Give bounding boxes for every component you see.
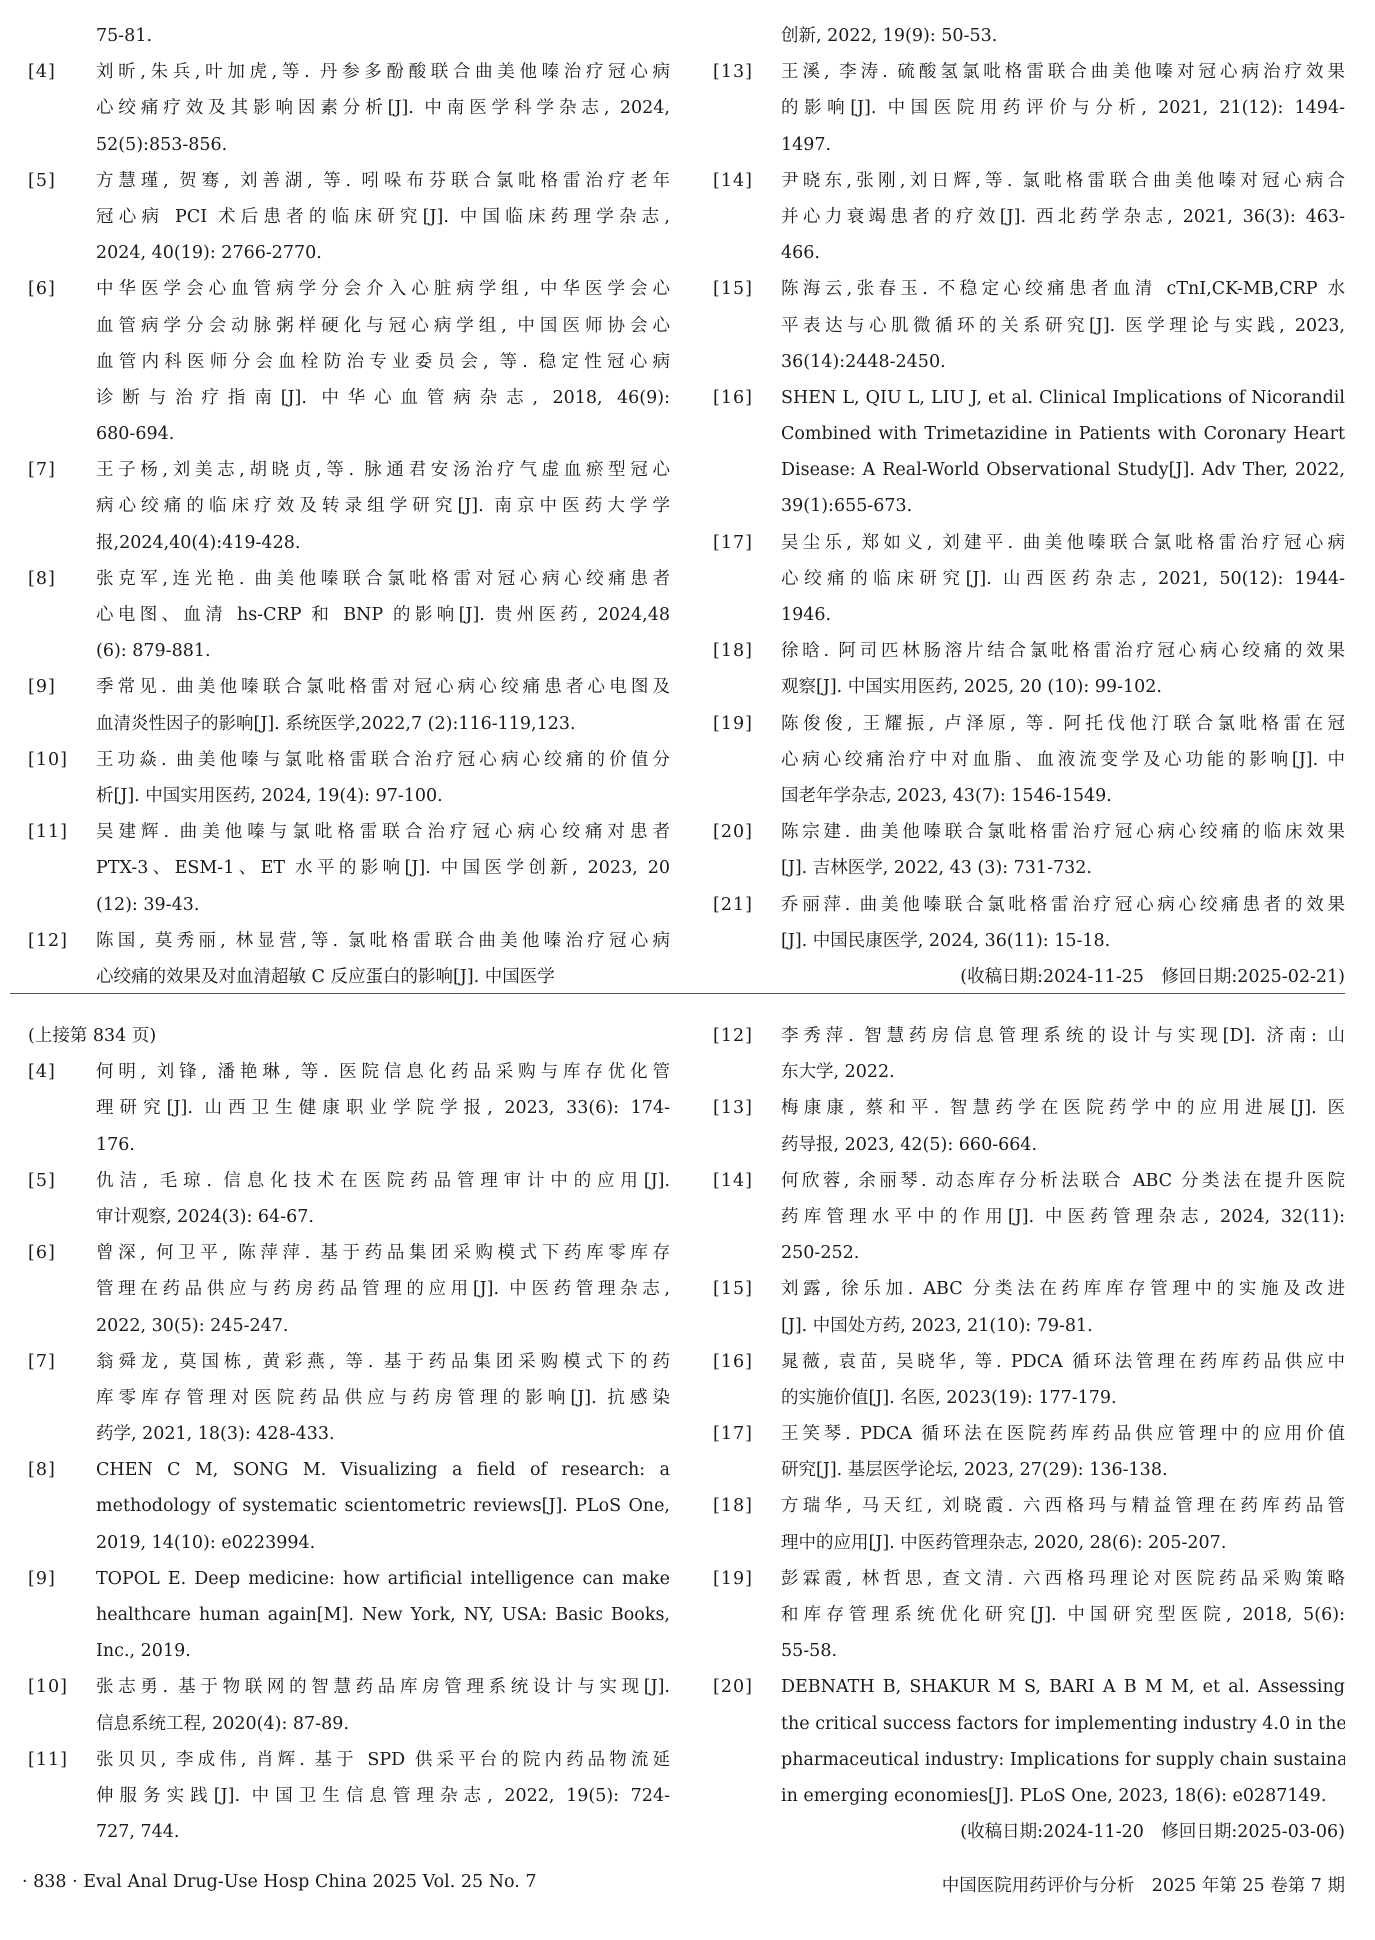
reference-line: 观察[J]. 中国实用医药, 2025, 20 (10): 99-102. (781, 669, 1345, 705)
reference-text: TOPOL E. Deep medicine: how artificial i… (96, 1561, 670, 1670)
reference-text: 王笑琴. PDCA 循环法在医院药库药品供应管理中的应用价值研究[J]. 基层医… (781, 1416, 1345, 1488)
reference-line: 尹晓东,张刚,刘日辉,等. 氯吡格雷联合曲美他嗪对冠心病合 (781, 163, 1345, 199)
reference-text: 何明, 刘锋, 潘艳琳, 等. 医院信息化药品采购与库存优化管理研究[J]. 山… (96, 1054, 670, 1163)
reference-item: [17]王笑琴. PDCA 循环法在医院药库药品供应管理中的应用价值研究[J].… (713, 1416, 1345, 1488)
reference-text: 李秀萍. 智慧药房信息管理系统的设计与实现[D]. 济南: 山东大学, 2022… (781, 1018, 1345, 1090)
reference-item: [7]翁舜龙, 莫国栋, 黄彩燕, 等. 基于药品集团采购模式下的药库零库存管理… (28, 1344, 670, 1453)
reference-number: [6] (28, 1235, 56, 1271)
reference-text: 张贝贝, 李成伟, 肖辉. 基于 SPD 供采平台的院内药品物流延伸服务实践[J… (96, 1742, 670, 1851)
reference-line: 2022, 30(5): 245-247. (96, 1308, 670, 1344)
reference-line: 680-694. (96, 416, 670, 452)
reference-text: 中华医学会心血管病学分会介入心脏病学组, 中华医学会心血管病学分会动脉粥样硬化与… (96, 271, 670, 452)
reference-line: 52(5):853-856. (96, 127, 670, 163)
reference-number: [12] (713, 1018, 753, 1054)
reference-number: [12] (28, 923, 68, 959)
reference-number: [7] (28, 452, 56, 488)
reference-list: [13]王溪, 李涛. 硫酸氢氯吡格雷联合曲美他嗪对冠心病治疗效果的影响[J].… (713, 54, 1345, 959)
reference-item: [7]王子杨,刘美志,胡晓贞,等. 脉通君安汤治疗气虚血瘀型冠心病心绞痛的临床疗… (28, 452, 670, 561)
reference-line: (12): 39-43. (96, 887, 670, 923)
reference-item: [16]晁薇, 袁苗, 吴晓华, 等. PDCA 循环法管理在药库药品供应中的实… (713, 1344, 1345, 1416)
reference-number: [18] (713, 633, 753, 669)
reference-item: [15]刘露, 徐乐加. ABC 分类法在药库库存管理中的实施及改进[J]. 中… (713, 1271, 1345, 1343)
reference-line: PTX-3、ESM-1、ET 水平的影响[J]. 中国医学创新, 2023, 2… (96, 850, 670, 886)
reference-item: [14]何欣蓉, 余丽琴. 动态库存分析法联合 ABC 分类法在提升医院药库管理… (713, 1163, 1345, 1272)
reference-line: 何欣蓉, 余丽琴. 动态库存分析法联合 ABC 分类法在提升医院 (781, 1163, 1345, 1199)
reference-line: TOPOL E. Deep medicine: how artificial i… (96, 1561, 670, 1597)
reference-text: CHEN C M, SONG M. Visualizing a field of… (96, 1452, 670, 1561)
reference-text: 陈俊俊, 王耀振, 卢泽原, 等. 阿托伐他汀联合氯吡格雷在冠心病心绞痛治疗中对… (781, 706, 1345, 815)
reference-number: [6] (28, 271, 56, 307)
reference-line: 析[J]. 中国实用医药, 2024, 19(4): 97-100. (96, 778, 670, 814)
continued-from-note: (上接第 834 页) (28, 1018, 670, 1054)
reference-number: [19] (713, 706, 753, 742)
reference-item: [11]吴建辉. 曲美他嗪与氯吡格雷联合治疗冠心病心绞痛对患者PTX-3、ESM… (28, 814, 670, 923)
reference-line: 仇洁, 毛琼. 信息化技术在医院药品管理审计中的应用[J]. (96, 1163, 670, 1199)
reference-item: [5]仇洁, 毛琼. 信息化技术在医院药品管理审计中的应用[J].审计观察, 2… (28, 1163, 670, 1235)
reference-number: [7] (28, 1344, 56, 1380)
reference-number: [13] (713, 1090, 753, 1126)
reference-line: 乔丽萍. 曲美他嗪联合氯吡格雷治疗冠心病心绞痛患者的效果 (781, 887, 1345, 923)
reference-item: [11]张贝贝, 李成伟, 肖辉. 基于 SPD 供采平台的院内药品物流延伸服务… (28, 1742, 670, 1851)
reference-line: 并心力衰竭患者的疗效[J]. 西北药学杂志, 2021, 36(3): 463- (781, 199, 1345, 235)
reference-number: [15] (713, 1271, 753, 1307)
reference-line: 东大学, 2022. (781, 1054, 1345, 1090)
reference-line: CHEN C M, SONG M. Visualizing a field of… (96, 1452, 670, 1488)
reference-line: 血管病学分会动脉粥样硬化与冠心病学组, 中国医师协会心 (96, 308, 670, 344)
reference-line: 血清炎性因子的影响[J]. 系统医学,2022,7 (2):116-119,12… (96, 706, 670, 742)
reference-line: 吴建辉. 曲美他嗪与氯吡格雷联合治疗冠心病心绞痛对患者 (96, 814, 670, 850)
reference-line: 管理在药品供应与药房药品管理的应用[J]. 中医药管理杂志, (96, 1271, 670, 1307)
reference-line: 36(14):2448-2450. (781, 344, 1345, 380)
reference-number: [14] (713, 163, 753, 199)
reference-number: [11] (28, 814, 68, 850)
reference-line: 心电图、血清 hs-CRP 和 BNP 的影响[J]. 贵州医药, 2024,4… (96, 597, 670, 633)
reference-text: 吴尘乐, 郑如义, 刘建平. 曲美他嗪联合氯吡格雷治疗冠心病心绞痛的临床研究[J… (781, 525, 1345, 634)
reference-line: 何明, 刘锋, 潘艳琳, 等. 医院信息化药品采购与库存优化管 (96, 1054, 670, 1090)
reference-text: DEBNATH B, SHAKUR M S, BARI A B M M, et … (781, 1669, 1345, 1814)
reference-list: [4]刘昕,朱兵,叶加虎,等. 丹参多酚酸联合曲美他嗪治疗冠心病心绞痛疗效及其影… (28, 54, 670, 995)
reference-item: [12]李秀萍. 智慧药房信息管理系统的设计与实现[D]. 济南: 山东大学, … (713, 1018, 1345, 1090)
reference-item: [20]DEBNATH B, SHAKUR M S, BARI A B M M,… (713, 1669, 1345, 1814)
reference-line: 2019, 14(10): e0223994. (96, 1525, 670, 1561)
reference-item: [10]王功焱. 曲美他嗪与氯吡格雷联合治疗冠心病心绞痛的价值分析[J]. 中国… (28, 742, 670, 814)
reference-line: 研究[J]. 基层医学论坛, 2023, 27(29): 136-138. (781, 1452, 1345, 1488)
reference-line: 陈宗建. 曲美他嗪联合氯吡格雷治疗冠心病心绞痛的临床效果 (781, 814, 1345, 850)
reference-line: 陈海云,张春玉. 不稳定心绞痛患者血清 cTnI,CK-MB,CRP 水 (781, 271, 1345, 307)
reference-text: 吴建辉. 曲美他嗪与氯吡格雷联合治疗冠心病心绞痛对患者PTX-3、ESM-1、E… (96, 814, 670, 923)
reference-item: [10]张志勇. 基于物联网的智慧药品库房管理系统设计与实现[J].信息系统工程… (28, 1669, 670, 1741)
reference-text: 王子杨,刘美志,胡晓贞,等. 脉通君安汤治疗气虚血瘀型冠心病心绞痛的临床疗效及转… (96, 452, 670, 561)
top-right-column: 创新, 2022, 19(9): 50-53. [13]王溪, 李涛. 硫酸氢氯… (713, 18, 1345, 995)
reference-number: [20] (713, 1669, 753, 1705)
reference-text: 张克军,连光艳. 曲美他嗪联合氯吡格雷对冠心病心绞痛患者心电图、血清 hs-CR… (96, 561, 670, 670)
reference-line: 徐晗. 阿司匹林肠溶片结合氯吡格雷治疗冠心病心绞痛的效果 (781, 633, 1345, 669)
reference-text: 梅康康, 蔡和平. 智慧药学在医院药学中的应用进展[J]. 医药导报, 2023… (781, 1090, 1345, 1162)
reference-number: [16] (713, 380, 753, 416)
reference-line: 季常见. 曲美他嗪联合氯吡格雷对冠心病心绞痛患者心电图及 (96, 669, 670, 705)
reference-text: 彭霖霞, 林哲思, 查文清. 六西格玛理论对医院药品采购策略和库存管理系统优化研… (781, 1561, 1345, 1670)
reference-text: 陈宗建. 曲美他嗪联合氯吡格雷治疗冠心病心绞痛的临床效果[J]. 吉林医学, 2… (781, 814, 1345, 886)
reference-line: 陈俊俊, 王耀振, 卢泽原, 等. 阿托伐他汀联合氯吡格雷在冠 (781, 706, 1345, 742)
reference-line: 梅康康, 蔡和平. 智慧药学在医院药学中的应用进展[J]. 医 (781, 1090, 1345, 1126)
reference-item: [15]陈海云,张春玉. 不稳定心绞痛患者血清 cTnI,CK-MB,CRP 水… (713, 271, 1345, 380)
reference-item: [13]王溪, 李涛. 硫酸氢氯吡格雷联合曲美他嗪对冠心病治疗效果的影响[J].… (713, 54, 1345, 163)
reference-item: [21]乔丽萍. 曲美他嗪联合氯吡格雷治疗冠心病心绞痛患者的效果[J]. 中国民… (713, 887, 1345, 959)
reference-text: SHEN L, QIU L, LIU J, et al. Clinical Im… (781, 380, 1345, 525)
reference-text: 翁舜龙, 莫国栋, 黄彩燕, 等. 基于药品集团采购模式下的药库零库存管理对医院… (96, 1344, 670, 1453)
reference-number: [19] (713, 1561, 753, 1597)
section-divider (10, 993, 1345, 994)
reference-text: 徐晗. 阿司匹林肠溶片结合氯吡格雷治疗冠心病心绞痛的效果观察[J]. 中国实用医… (781, 633, 1345, 705)
reference-number: [17] (713, 525, 753, 561)
reference-text: 方瑞华, 马天红, 刘晓霞. 六西格玛与精益管理在药库药品管理中的应用[J]. … (781, 1488, 1345, 1560)
reference-text: 陈海云,张春玉. 不稳定心绞痛患者血清 cTnI,CK-MB,CRP 水平表达与… (781, 271, 1345, 380)
reference-item: [4]何明, 刘锋, 潘艳琳, 等. 医院信息化药品采购与库存优化管理研究[J]… (28, 1054, 670, 1163)
reference-line: 250-252. (781, 1235, 1345, 1271)
reference-text: 王溪, 李涛. 硫酸氢氯吡格雷联合曲美他嗪对冠心病治疗效果的影响[J]. 中国医… (781, 54, 1345, 163)
reference-number: [4] (28, 54, 56, 90)
reference-line: 王子杨,刘美志,胡晓贞,等. 脉通君安汤治疗气虚血瘀型冠心 (96, 452, 670, 488)
reference-line: 刘昕,朱兵,叶加虎,等. 丹参多酚酸联合曲美他嗪治疗冠心病 (96, 54, 670, 90)
reference-number: [20] (713, 814, 753, 850)
reference-line: 727, 744. (96, 1814, 670, 1850)
reference-text: 乔丽萍. 曲美他嗪联合氯吡格雷治疗冠心病心绞痛患者的效果[J]. 中国民康医学,… (781, 887, 1345, 959)
reference-line: 的影响[J]. 中国医院用药评价与分析, 2021, 21(12): 1494- (781, 90, 1345, 126)
reference-line: 药库管理水平中的作用[J]. 中医药管理杂志, 2024, 32(11): (781, 1199, 1345, 1235)
reference-line: 和库存管理系统优化研究[J]. 中国研究型医院, 2018, 5(6): (781, 1597, 1345, 1633)
reference-line: 吴尘乐, 郑如义, 刘建平. 曲美他嗪联合氯吡格雷治疗冠心病 (781, 525, 1345, 561)
reference-item: [5]方慧瑾, 贺骞, 刘善湖, 等. 吲哚布芬联合氯吡格雷治疗老年冠心病 PC… (28, 163, 670, 272)
reference-line: 张克军,连光艳. 曲美他嗪联合氯吡格雷对冠心病心绞痛患者 (96, 561, 670, 597)
received-revised-dates: (收稿日期:2024-11-20 修回日期:2025-03-06) (713, 1814, 1345, 1850)
reference-text: 王功焱. 曲美他嗪与氯吡格雷联合治疗冠心病心绞痛的价值分析[J]. 中国实用医药… (96, 742, 670, 814)
reference-line: 国老年学杂志, 2023, 43(7): 1546-1549. (781, 778, 1345, 814)
reference-number: [8] (28, 1452, 56, 1488)
reference-line: 55-58. (781, 1633, 1345, 1669)
reference-line: 心绞痛疗效及其影响因素分析[J]. 中南医学科学杂志, 2024, (96, 90, 670, 126)
reference-line: 刘露, 徐乐加. ABC 分类法在药库库存管理中的实施及改进 (781, 1271, 1345, 1307)
reference-line: pharmaceutical industry: Implications fo… (781, 1742, 1345, 1778)
reference-item: [20]陈宗建. 曲美他嗪联合氯吡格雷治疗冠心病心绞痛的临床效果[J]. 吉林医… (713, 814, 1345, 886)
reference-text: 何欣蓉, 余丽琴. 动态库存分析法联合 ABC 分类法在提升医院药库管理水平中的… (781, 1163, 1345, 1272)
reference-line: 方慧瑾, 贺骞, 刘善湖, 等. 吲哚布芬联合氯吡格雷治疗老年 (96, 163, 670, 199)
received-revised-dates: (收稿日期:2024-11-25 修回日期:2025-02-21) (713, 959, 1345, 995)
reference-line: 39(1):655-673. (781, 488, 1345, 524)
reference-text: 曾深, 何卫平, 陈萍萍. 基于药品集团采购模式下药库零库存管理在药品供应与药房… (96, 1235, 670, 1344)
reference-line: in emerging economies[J]. PLoS One, 2023… (781, 1778, 1345, 1814)
reference-line: 药导报, 2023, 42(5): 660-664. (781, 1127, 1345, 1163)
reference-line: [J]. 中国处方药, 2023, 21(10): 79-81. (781, 1308, 1345, 1344)
reference-number: [9] (28, 669, 56, 705)
reference-number: [4] (28, 1054, 56, 1090)
reference-item: [4]刘昕,朱兵,叶加虎,等. 丹参多酚酸联合曲美他嗪治疗冠心病心绞痛疗效及其影… (28, 54, 670, 163)
reference-line: 信息系统工程, 2020(4): 87-89. (96, 1706, 670, 1742)
reference-line: 彭霖霞, 林哲思, 查文清. 六西格玛理论对医院药品采购策略 (781, 1561, 1345, 1597)
reference-item: [8]CHEN C M, SONG M. Visualizing a field… (28, 1452, 670, 1561)
top-left-column: 75-81. [4]刘昕,朱兵,叶加虎,等. 丹参多酚酸联合曲美他嗪治疗冠心病心… (28, 18, 670, 995)
reference-item: [16]SHEN L, QIU L, LIU J, et al. Clinica… (713, 380, 1345, 525)
reference-list: [4]何明, 刘锋, 潘艳琳, 等. 医院信息化药品采购与库存优化管理研究[J]… (28, 1054, 670, 1850)
continuation-text: 创新, 2022, 19(9): 50-53. (713, 18, 1345, 54)
reference-text: 尹晓东,张刚,刘日辉,等. 氯吡格雷联合曲美他嗪对冠心病合并心力衰竭患者的疗效[… (781, 163, 1345, 272)
reference-number: [21] (713, 887, 753, 923)
reference-line: 王笑琴. PDCA 循环法在医院药库药品供应管理中的应用价值 (781, 1416, 1345, 1452)
reference-line: healthcare human again[M]. New York, NY,… (96, 1597, 670, 1633)
reference-line: 方瑞华, 马天红, 刘晓霞. 六西格玛与精益管理在药库药品管 (781, 1488, 1345, 1524)
reference-line: [J]. 中国民康医学, 2024, 36(11): 15-18. (781, 923, 1345, 959)
reference-text: 季常见. 曲美他嗪联合氯吡格雷对冠心病心绞痛患者心电图及血清炎性因子的影响[J]… (96, 669, 670, 741)
reference-line: SHEN L, QIU L, LIU J, et al. Clinical Im… (781, 380, 1345, 416)
footer-journal-en: · 838 · Eval Anal Drug-Use Hosp China 20… (22, 1872, 537, 1892)
reference-line: 冠心病 PCI 术后患者的临床研究[J]. 中国临床药理学杂志, (96, 199, 670, 235)
reference-item: [14]尹晓东,张刚,刘日辉,等. 氯吡格雷联合曲美他嗪对冠心病合并心力衰竭患者… (713, 163, 1345, 272)
reference-text: 刘昕,朱兵,叶加虎,等. 丹参多酚酸联合曲美他嗪治疗冠心病心绞痛疗效及其影响因素… (96, 54, 670, 163)
reference-line: the critical success factors for impleme… (781, 1706, 1345, 1742)
reference-number: [18] (713, 1488, 753, 1524)
reference-number: [8] (28, 561, 56, 597)
reference-line: 晁薇, 袁苗, 吴晓华, 等. PDCA 循环法管理在药库药品供应中 (781, 1344, 1345, 1380)
reference-line: 病心绞痛的临床疗效及转录组学研究[J]. 南京中医药大学学 (96, 488, 670, 524)
reference-line: 王功焱. 曲美他嗪与氯吡格雷联合治疗冠心病心绞痛的价值分 (96, 742, 670, 778)
reference-line: 张贝贝, 李成伟, 肖辉. 基于 SPD 供采平台的院内药品物流延 (96, 1742, 670, 1778)
reference-item: [19]陈俊俊, 王耀振, 卢泽原, 等. 阿托伐他汀联合氯吡格雷在冠心病心绞痛… (713, 706, 1345, 815)
reference-line: 诊断与治疗指南[J]. 中华心血管病杂志, 2018, 46(9): (96, 380, 670, 416)
bottom-right-column: [12]李秀萍. 智慧药房信息管理系统的设计与实现[D]. 济南: 山东大学, … (713, 1018, 1345, 1850)
reference-list: [12]李秀萍. 智慧药房信息管理系统的设计与实现[D]. 济南: 山东大学, … (713, 1018, 1345, 1814)
reference-number: [16] (713, 1344, 753, 1380)
reference-number: [10] (28, 742, 68, 778)
reference-line: 翁舜龙, 莫国栋, 黄彩燕, 等. 基于药品集团采购模式下的药 (96, 1344, 670, 1380)
reference-number: [13] (713, 54, 753, 90)
reference-line: 药学, 2021, 18(3): 428-433. (96, 1416, 670, 1452)
reference-line: 王溪, 李涛. 硫酸氢氯吡格雷联合曲美他嗪对冠心病治疗效果 (781, 54, 1345, 90)
reference-number: [5] (28, 1163, 56, 1199)
reference-number: [10] (28, 1669, 68, 1705)
reference-number: [14] (713, 1163, 753, 1199)
reference-line: Disease: A Real-World Observational Stud… (781, 452, 1345, 488)
reference-line: 1946. (781, 597, 1345, 633)
reference-number: [15] (713, 271, 753, 307)
reference-text: 张志勇. 基于物联网的智慧药品库房管理系统设计与实现[J].信息系统工程, 20… (96, 1669, 670, 1741)
reference-line: 2024, 40(19): 2766-2770. (96, 235, 670, 271)
reference-line: 的实施价值[J]. 名医, 2023(19): 177-179. (781, 1380, 1345, 1416)
reference-item: [6]曾深, 何卫平, 陈萍萍. 基于药品集团采购模式下药库零库存管理在药品供应… (28, 1235, 670, 1344)
reference-number: [9] (28, 1561, 56, 1597)
reference-line: 1497. (781, 127, 1345, 163)
reference-line: 张志勇. 基于物联网的智慧药品库房管理系统设计与实现[J]. (96, 1669, 670, 1705)
reference-line: 理中的应用[J]. 中医药管理杂志, 2020, 28(6): 205-207. (781, 1525, 1345, 1561)
reference-number: [17] (713, 1416, 753, 1452)
bottom-left-column: (上接第 834 页) [4]何明, 刘锋, 潘艳琳, 等. 医院信息化药品采购… (28, 1018, 670, 1850)
reference-item: [6]中华医学会心血管病学分会介入心脏病学组, 中华医学会心血管病学分会动脉粥样… (28, 271, 670, 452)
footer-journal-cn: 中国医院用药评价与分析 2025 年第 25 卷第 7 期 (942, 1872, 1345, 1897)
continuation-text: 75-81. (28, 18, 670, 54)
reference-number: [5] (28, 163, 56, 199)
reference-line: Inc., 2019. (96, 1633, 670, 1669)
reference-line: 报,2024,40(4):419-428. (96, 525, 670, 561)
reference-line: (6): 879-881. (96, 633, 670, 669)
reference-line: 李秀萍. 智慧药房信息管理系统的设计与实现[D]. 济南: 山 (781, 1018, 1345, 1054)
reference-line: 中华医学会心血管病学分会介入心脏病学组, 中华医学会心 (96, 271, 670, 307)
reference-line: 176. (96, 1127, 670, 1163)
reference-line: 伸服务实践[J]. 中国卫生信息管理杂志, 2022, 19(5): 724- (96, 1778, 670, 1814)
reference-item: [8]张克军,连光艳. 曲美他嗪联合氯吡格雷对冠心病心绞痛患者心电图、血清 hs… (28, 561, 670, 670)
reference-line: 曾深, 何卫平, 陈萍萍. 基于药品集团采购模式下药库零库存 (96, 1235, 670, 1271)
reference-number: [11] (28, 1742, 68, 1778)
reference-line: DEBNATH B, SHAKUR M S, BARI A B M M, et … (781, 1669, 1345, 1705)
reference-item: [19]彭霖霞, 林哲思, 查文清. 六西格玛理论对医院药品采购策略和库存管理系… (713, 1561, 1345, 1670)
reference-line: 466. (781, 235, 1345, 271)
reference-line: 审计观察, 2024(3): 64-67. (96, 1199, 670, 1235)
reference-text: 晁薇, 袁苗, 吴晓华, 等. PDCA 循环法管理在药库药品供应中的实施价值[… (781, 1344, 1345, 1416)
reference-line: methodology of systematic scientometric … (96, 1488, 670, 1524)
reference-item: [18]方瑞华, 马天红, 刘晓霞. 六西格玛与精益管理在药库药品管理中的应用[… (713, 1488, 1345, 1560)
reference-line: 陈国, 莫秀丽, 林显营,等. 氯吡格雷联合曲美他嗪治疗冠心病 (96, 923, 670, 959)
reference-item: [13]梅康康, 蔡和平. 智慧药学在医院药学中的应用进展[J]. 医药导报, … (713, 1090, 1345, 1162)
reference-text: 方慧瑾, 贺骞, 刘善湖, 等. 吲哚布芬联合氯吡格雷治疗老年冠心病 PCI 术… (96, 163, 670, 272)
reference-line: 心病心绞痛治疗中对血脂、血液流变学及心功能的影响[J]. 中 (781, 742, 1345, 778)
reference-item: [18]徐晗. 阿司匹林肠溶片结合氯吡格雷治疗冠心病心绞痛的效果观察[J]. 中… (713, 633, 1345, 705)
reference-text: 刘露, 徐乐加. ABC 分类法在药库库存管理中的实施及改进[J]. 中国处方药… (781, 1271, 1345, 1343)
reference-text: 陈国, 莫秀丽, 林显营,等. 氯吡格雷联合曲美他嗪治疗冠心病心绞痛的效果及对血… (96, 923, 670, 995)
reference-line: [J]. 吉林医学, 2022, 43 (3): 731-732. (781, 850, 1345, 886)
reference-line: 平表达与心肌微循环的关系研究[J]. 医学理论与实践, 2023, (781, 308, 1345, 344)
reference-item: [12]陈国, 莫秀丽, 林显营,等. 氯吡格雷联合曲美他嗪治疗冠心病心绞痛的效… (28, 923, 670, 995)
reference-line: 心绞痛的临床研究[J]. 山西医药杂志, 2021, 50(12): 1944- (781, 561, 1345, 597)
reference-line: 血管内科医师分会血栓防治专业委员会, 等. 稳定性冠心病 (96, 344, 670, 380)
reference-item: [17]吴尘乐, 郑如义, 刘建平. 曲美他嗪联合氯吡格雷治疗冠心病心绞痛的临床… (713, 525, 1345, 634)
reference-line: 心绞痛的效果及对血清超敏 C 反应蛋白的影响[J]. 中国医学 (96, 959, 670, 995)
reference-item: [9]季常见. 曲美他嗪联合氯吡格雷对冠心病心绞痛患者心电图及血清炎性因子的影响… (28, 669, 670, 741)
reference-line: Combined with Trimetazidine in Patients … (781, 416, 1345, 452)
reference-line: 库零库存管理对医院药品供应与药房管理的影响[J]. 抗感染 (96, 1380, 670, 1416)
reference-text: 仇洁, 毛琼. 信息化技术在医院药品管理审计中的应用[J].审计观察, 2024… (96, 1163, 670, 1235)
reference-line: 理研究[J]. 山西卫生健康职业学院学报, 2023, 33(6): 174- (96, 1090, 670, 1126)
reference-item: [9]TOPOL E. Deep medicine: how artificia… (28, 1561, 670, 1670)
